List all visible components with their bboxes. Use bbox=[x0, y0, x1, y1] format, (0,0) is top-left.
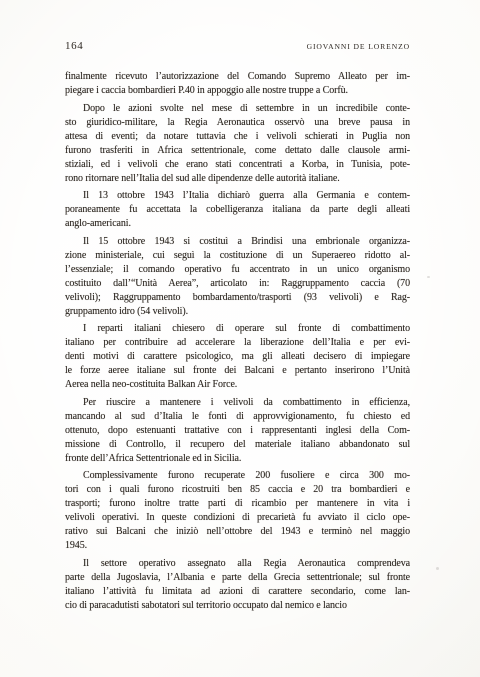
running-head: GIOVANNI DE LORENZO bbox=[307, 42, 410, 51]
page-number: 164 bbox=[65, 40, 83, 52]
text-line: fronte dell’Africa Settentrionale ed in … bbox=[65, 452, 410, 466]
paragraph: I reparti italiani chiesero di operare s… bbox=[65, 322, 410, 392]
text-line: cio di paracadutisti sabotatori sul terr… bbox=[65, 599, 410, 613]
text-line: piegare i caccia bombardieri P.40 in app… bbox=[65, 84, 410, 98]
text-line: rativo sui Balcani che iniziò nell’ottob… bbox=[65, 525, 410, 539]
scan-speck bbox=[427, 276, 430, 278]
text-line: costituito dall’“Unità Aerea”, articolat… bbox=[65, 277, 410, 291]
text-line: 1945. bbox=[65, 539, 410, 553]
book-page: 164 GIOVANNI DE LORENZO finalmente ricev… bbox=[0, 0, 480, 677]
paragraph: Il 15 ottobre 1943 si costituì a Brindis… bbox=[65, 235, 410, 319]
text-line: gruppamento idro (54 velivoli). bbox=[65, 305, 410, 319]
text-line: Per riuscire a mantenere i velivoli da c… bbox=[65, 396, 410, 410]
text-line: mancando al sud d’Italia le fonti di app… bbox=[65, 410, 410, 424]
text-line: Il 13 ottobre 1943 l’Italia dichiarò gue… bbox=[65, 189, 410, 203]
text-line: trasporti; furono inoltre tratte parti d… bbox=[65, 497, 410, 511]
page-body: finalmente ricevuto l’autorizzazione del… bbox=[65, 70, 410, 616]
text-line: rono ritornare nell’Italia del sud alle … bbox=[65, 172, 410, 186]
text-line: stiziali, ed i velivoli che erano stati … bbox=[65, 158, 410, 172]
text-line: l’essenziale; il comando operativo fu ac… bbox=[65, 263, 410, 277]
text-line: velivoli); Raggruppamento bombardamento/… bbox=[65, 291, 410, 305]
paragraph: Il 13 ottobre 1943 l’Italia dichiarò gue… bbox=[65, 189, 410, 231]
text-line: le forze aeree italiane sul fronte dei B… bbox=[65, 364, 410, 378]
text-line: italiano l’attività fu limitata ad azion… bbox=[65, 585, 410, 599]
text-line: Aerea nella neo-costituita Balkan Air Fo… bbox=[65, 378, 410, 392]
text-line: poraneamente fu accettata la cobelligera… bbox=[65, 203, 410, 217]
text-line: tori con i quali furono ricostruiti ben … bbox=[65, 483, 410, 497]
paragraph: Per riuscire a mantenere i velivoli da c… bbox=[65, 396, 410, 466]
text-line: Il 15 ottobre 1943 si costituì a Brindis… bbox=[65, 235, 410, 249]
text-line: ottenuto, dopo estenuanti trattative con… bbox=[65, 424, 410, 438]
text-line: missione di Controllo, il recupero del m… bbox=[65, 438, 410, 452]
page-header: 164 GIOVANNI DE LORENZO bbox=[65, 40, 410, 52]
text-line: Il settore operativo assegnato alla Regi… bbox=[65, 557, 410, 571]
text-line: sto giuridico-militare, la Regia Aeronau… bbox=[65, 116, 410, 130]
text-line: italiano per contribuire ad accelerare l… bbox=[65, 336, 410, 350]
scan-speck bbox=[436, 567, 439, 570]
text-line: parte della Jugoslavia, l’Albania e part… bbox=[65, 571, 410, 585]
text-line: zione ministeriale, cui seguì la costitu… bbox=[65, 249, 410, 263]
paragraph: finalmente ricevuto l’autorizzazione del… bbox=[65, 70, 410, 98]
text-line: attesa di eventi; da notare tuttavia che… bbox=[65, 130, 410, 144]
paragraph: Il settore operativo assegnato alla Regi… bbox=[65, 557, 410, 613]
text-line: denti motivi di carattere psicologico, m… bbox=[65, 350, 410, 364]
text-line: furono trasferiti in Africa settentriona… bbox=[65, 144, 410, 158]
text-line: velivoli operativi. In queste condizioni… bbox=[65, 511, 410, 525]
text-line: finalmente ricevuto l’autorizzazione del… bbox=[65, 70, 410, 84]
paragraph: Complessivamente furono recuperate 200 f… bbox=[65, 469, 410, 553]
text-line: Complessivamente furono recuperate 200 f… bbox=[65, 469, 410, 483]
text-line: anglo-americani. bbox=[65, 217, 410, 231]
text-line: I reparti italiani chiesero di operare s… bbox=[65, 322, 410, 336]
paragraph: Dopo le azioni svolte nel mese di settem… bbox=[65, 102, 410, 186]
text-line: Dopo le azioni svolte nel mese di settem… bbox=[65, 102, 410, 116]
